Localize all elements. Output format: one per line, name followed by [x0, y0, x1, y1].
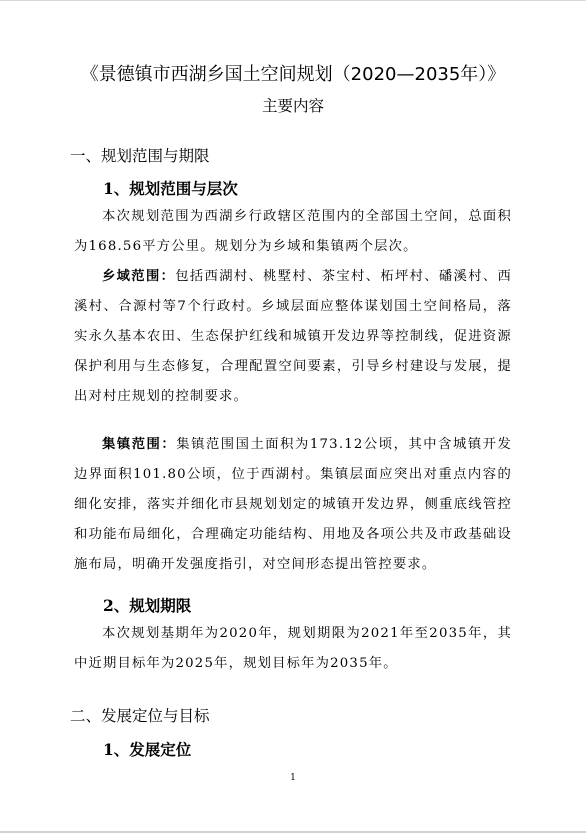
- paragraph-text: 本次规划基期年为2020年，规划期限为2021年至2035年，其中近期目标年为2…: [74, 626, 512, 671]
- paragraph-text: 包括西湖村、桃墅村、茶宝村、柘坪村、磻溪村、西溪村、合源村等7个行政村。乡域层面…: [74, 269, 512, 404]
- paragraph-text: 本次规划范围为西湖乡行政辖区范围内的全部国土空间，总面积为168.56平方公里。…: [74, 209, 512, 254]
- section-heading-1: 一、规划范围与期限: [70, 144, 210, 166]
- subsection-heading-1-1: 1、规划范围与层次: [103, 177, 238, 199]
- paragraph-period: 本次规划基期年为2020年，规划期限为2021年至2035年，其中近期目标年为2…: [74, 619, 512, 679]
- document-page: 《景德镇市西湖乡国土空间规划（2020—2035年）》 主要内容 一、规划范围与…: [0, 0, 586, 833]
- subsection-heading-1-2: 2、规划期限: [103, 594, 191, 616]
- paragraph-lead: 乡域范围：: [102, 269, 175, 284]
- section-heading-2: 二、发展定位与目标: [70, 704, 210, 726]
- subsection-heading-2-1: 1、发展定位: [103, 738, 191, 760]
- paragraph-township-scope: 乡域范围：包括西湖村、桃墅村、茶宝村、柘坪村、磻溪村、西溪村、合源村等7个行政村…: [74, 262, 512, 412]
- paragraph-text: 集镇范围国土面积为173.12公顷，其中含城镇开发边界面积101.80公顷，位于…: [74, 437, 512, 572]
- paragraph-scope: 本次规划范围为西湖乡行政辖区范围内的全部国土空间，总面积为168.56平方公里。…: [74, 202, 512, 262]
- document-subtitle: 主要内容: [0, 94, 586, 116]
- document-title: 《景德镇市西湖乡国土空间规划（2020—2035年）》: [0, 60, 586, 86]
- paragraph-lead: 集镇范围：: [102, 437, 176, 452]
- page-number: 1: [0, 773, 586, 783]
- paragraph-town-scope: 集镇范围：集镇范围国土面积为173.12公顷，其中含城镇开发边界面积101.80…: [74, 430, 512, 580]
